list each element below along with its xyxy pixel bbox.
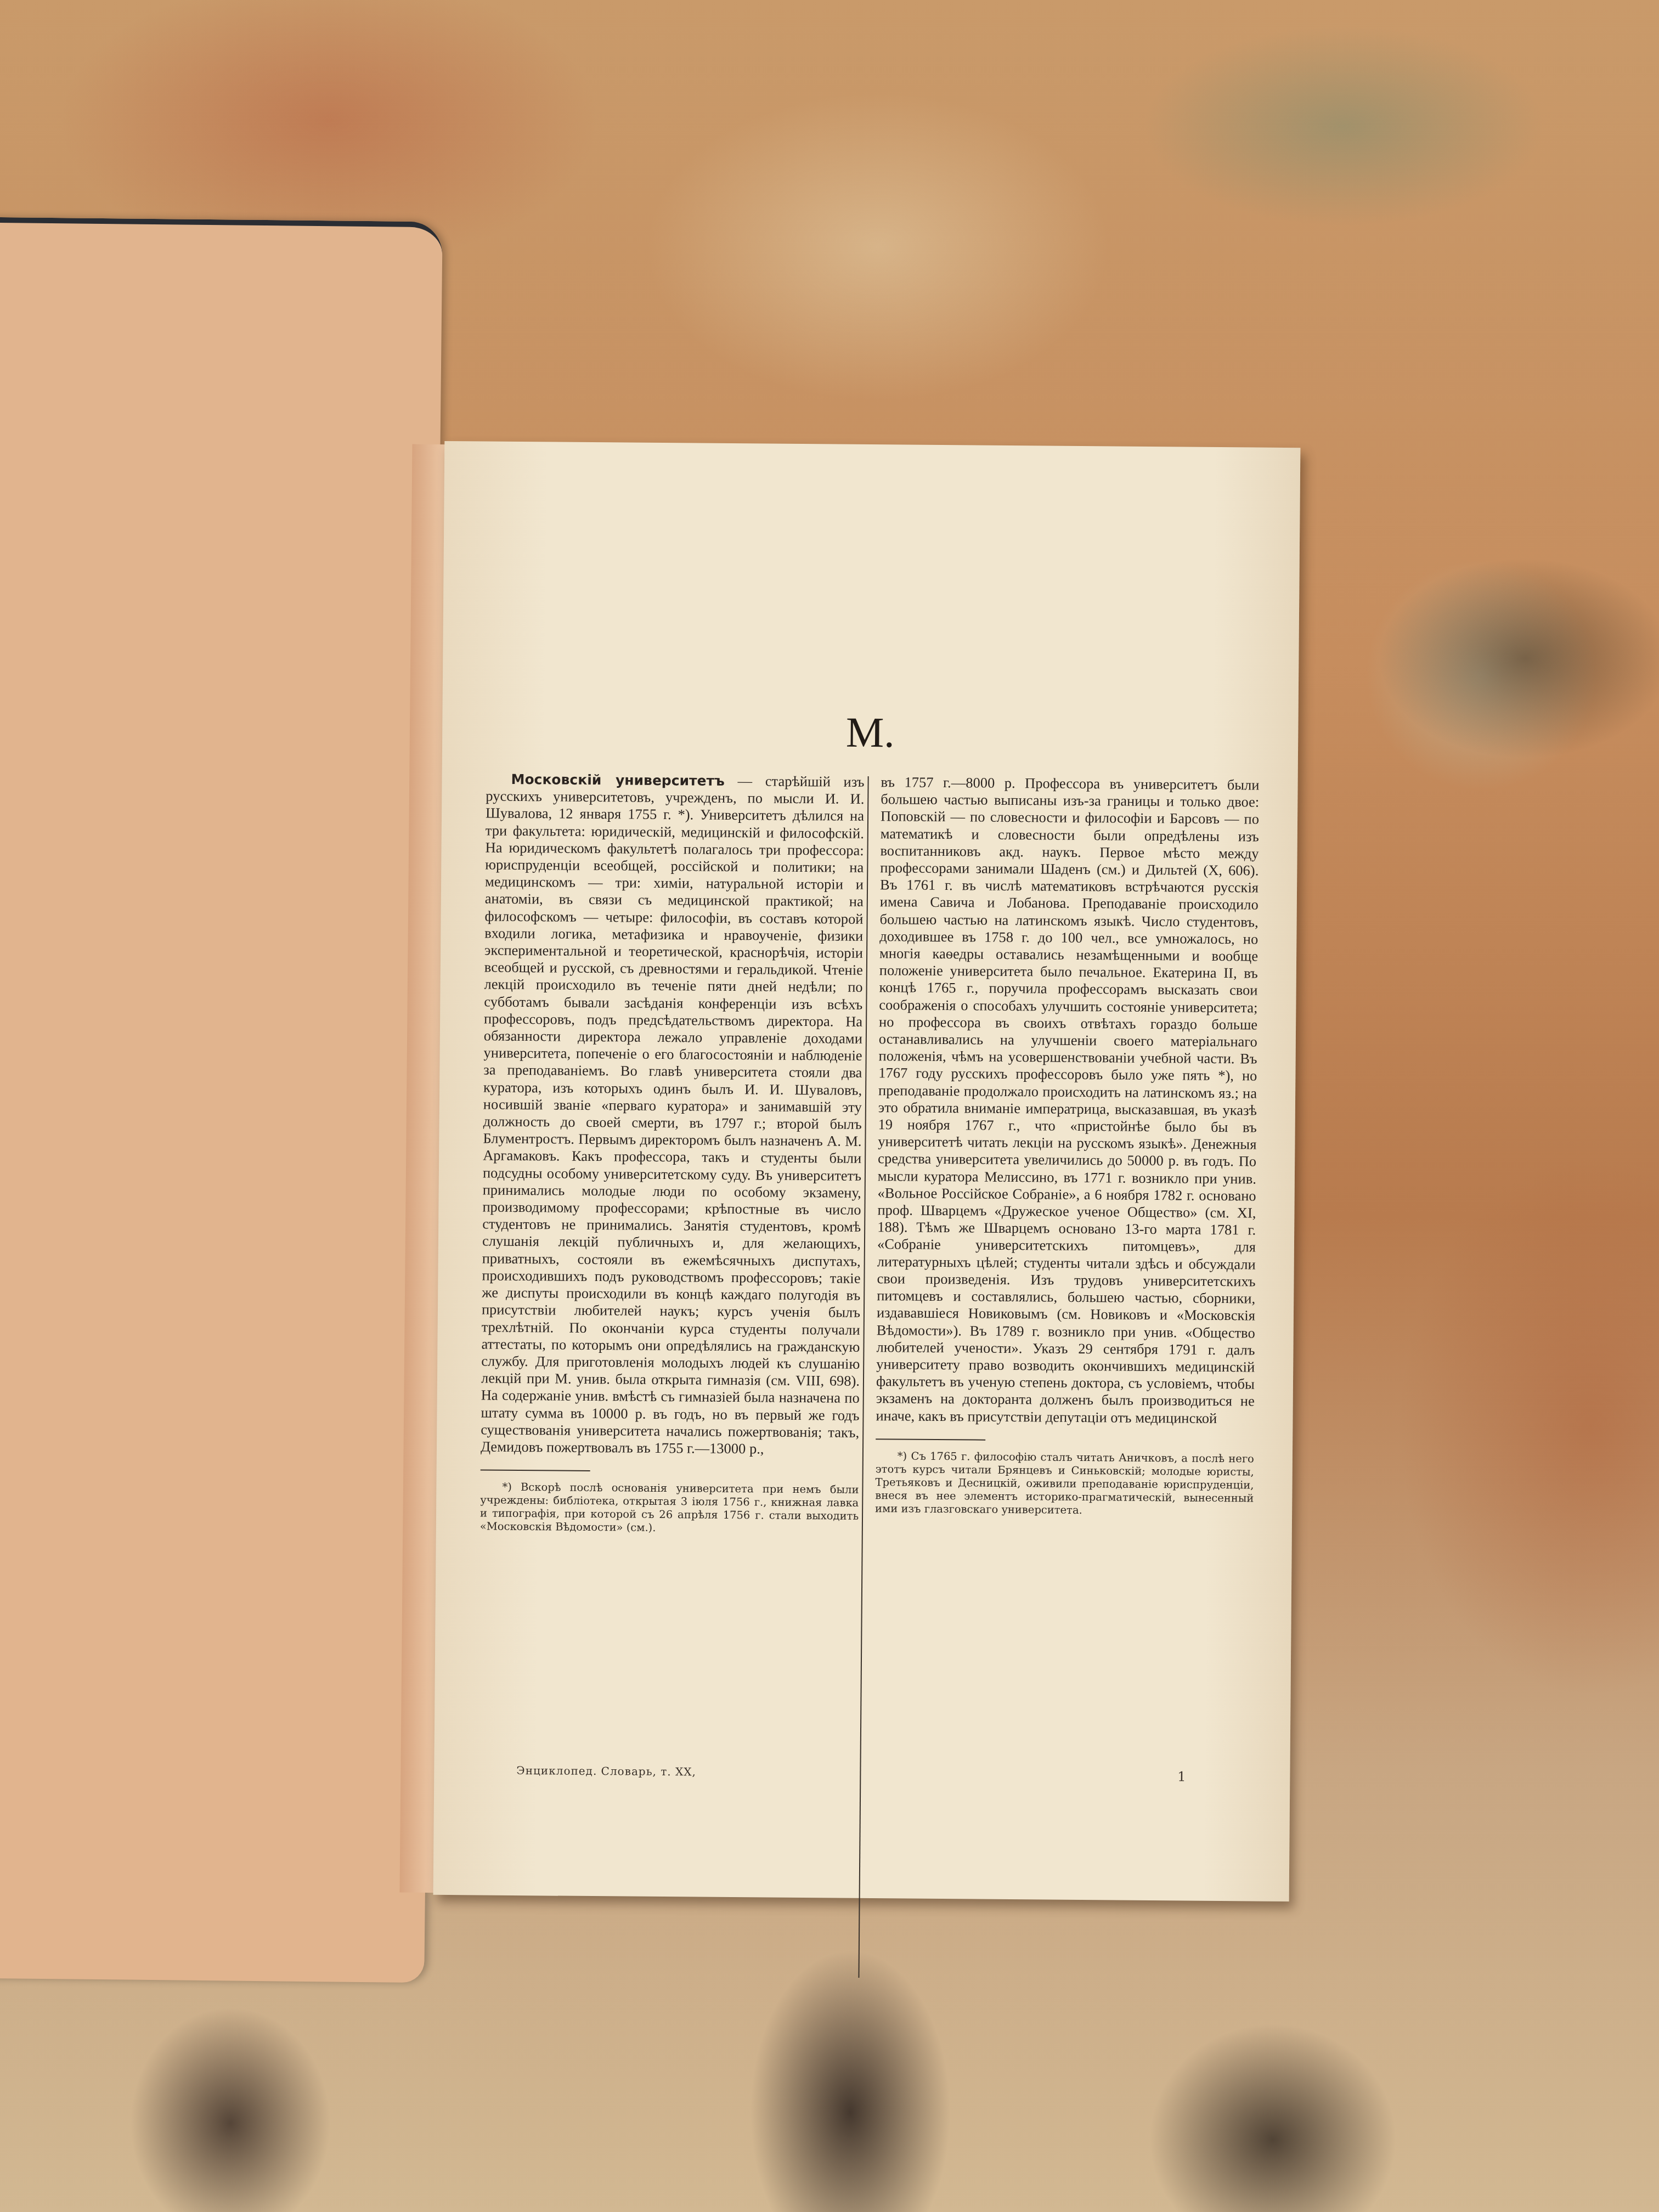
volume-signature: Энциклопед. Словарь, т. XX, [516, 1764, 696, 1779]
article-headword: Московскій университетъ [511, 771, 725, 789]
left-column: Московскій университетъ — старѣйшій изъ … [480, 771, 865, 1537]
page-number: 1 [1177, 1769, 1186, 1784]
article-paragraph: Московскій университетъ — старѣйшій изъ … [481, 771, 865, 1459]
footnote-rule [876, 1438, 985, 1441]
right-column: въ 1757 г.—8000 р. Профессора въ универс… [875, 774, 1260, 1518]
footnote-rule [481, 1470, 590, 1472]
footnote-left: *) Вскорѣ послѣ основанія университета п… [480, 1481, 859, 1536]
article-text-right: въ 1757 г.—8000 р. Профессора въ универс… [876, 774, 1259, 1427]
footnote-right: *) Съ 1765 г. философію сталъ читать Ани… [875, 1449, 1254, 1518]
encyclopedia-page: М. Московскій университетъ — старѣйшій и… [433, 441, 1301, 1901]
section-letter-heading: М. [442, 704, 1299, 760]
article-text-left: — старѣйшій изъ русскихъ университетовъ,… [481, 772, 865, 1457]
left-endpaper [0, 217, 443, 1983]
